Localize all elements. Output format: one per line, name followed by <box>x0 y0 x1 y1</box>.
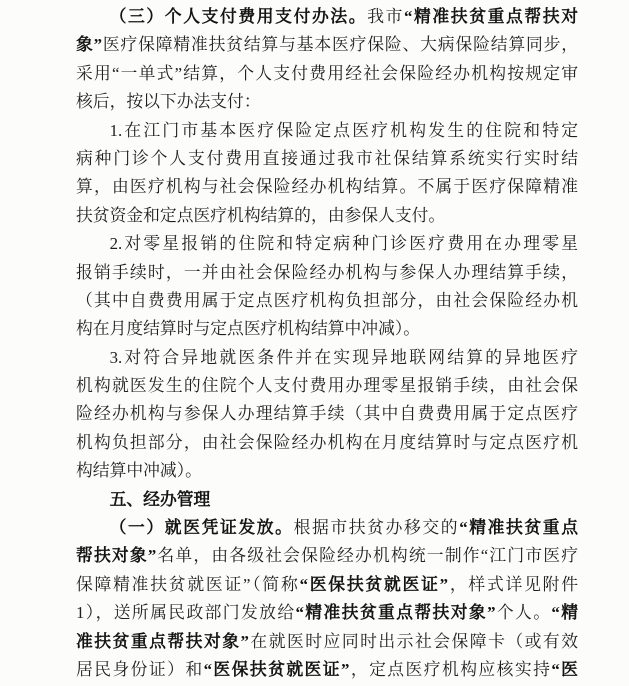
text-line: （其中自费费用属于定点医疗机构负担部分，由社会保险经办机 <box>76 287 578 315</box>
text-run: 在就医时应同时出示社会保障卡（或有效 <box>249 632 578 651</box>
text-line: 象”医疗保障精准扶贫结算与基本医疗保险、大病保险结算同步， <box>76 31 578 59</box>
text-line: 病种门诊个人支付费用直接通过我市社保结算系统实行实时结 <box>76 145 578 173</box>
text-run: 1），送所属民政部门发放给 <box>76 603 296 622</box>
text-run: “精 <box>551 603 578 622</box>
document-body: （三）个人支付费用支付办法。我市“精准扶贫重点帮扶对象”医疗保障精准扶贫结算与基… <box>0 0 629 684</box>
text-run: 算，由医疗机构与社会保险经办机构结算。不属于医疗保障精准 <box>76 177 578 196</box>
text-line: （三）个人支付费用支付办法。我市“精准扶贫重点帮扶对 <box>76 3 578 31</box>
text-run: 五、经办管理 <box>110 490 211 509</box>
text-line: 扶贫资金和定点医疗机构结算的，由参保人支付。 <box>76 202 578 230</box>
text-run: 名单，由各级社会保险经办机构统一制作“江门市医疗 <box>156 546 578 565</box>
text-run: ，定点医疗机构应核实持 <box>349 660 551 679</box>
text-run: 帮扶对象” <box>76 546 156 565</box>
text-run: “医保扶贫就医证” <box>204 660 350 679</box>
text-line: 1），送所属民政部门发放给“精准扶贫重点帮扶对象”个人。“精 <box>76 599 578 627</box>
text-run: （其中自费费用属于定点医疗机构负担部分，由社会保险经办机 <box>76 291 578 310</box>
text-run: 构结算中冲减）。 <box>76 461 202 480</box>
text-line: 帮扶对象”名单，由各级社会保险经办机构统一制作“江门市医疗 <box>76 542 578 570</box>
text-run: 根据市扶贫办移交的 <box>294 518 460 537</box>
text-line: 保障精准扶贫就医证”（简称“医保扶贫就医证”，样式详见附件 <box>76 571 578 599</box>
text-run: 构在月度结算时与定点医疗机构结算中冲减）。 <box>76 319 420 338</box>
text-line: 构在月度结算时与定点医疗机构结算中冲减）。 <box>76 315 578 343</box>
text-line: 险经办机构与参保人办理结算手续（其中自费费用属于定点医疗 <box>76 400 578 428</box>
text-run: 居民身份证）和 <box>76 660 204 679</box>
text-line: 准扶贫重点帮扶对象”在就医时应同时出示社会保障卡（或有效 <box>76 628 578 656</box>
text-line: 3.对符合异地就医条件并在实现异地联网结算的异地医疗 <box>76 344 578 372</box>
text-line: 机构负担部分，由社会保险经办机构在月度结算时与定点医疗机 <box>76 429 578 457</box>
text-line: 五、经办管理 <box>76 486 578 514</box>
text-run: 机构就医发生的住院个人支付费用办理零星报销手续，由社会保 <box>76 376 578 395</box>
text-line: 报销手续时，一并由社会保险经办机构与参保人办理结算手续， <box>76 259 578 287</box>
text-run: “医保扶贫就医证” <box>300 575 448 594</box>
text-run: 3.对符合异地就医条件并在实现异地联网结算的异地医疗 <box>110 348 578 367</box>
text-run: “精准扶贫重点帮扶对 <box>404 7 578 26</box>
text-line: 构结算中冲减）。 <box>76 457 578 485</box>
text-line: 1.在江门市基本医疗保险定点医疗机构发生的住院和特定 <box>76 117 578 145</box>
text-run: 病种门诊个人支付费用直接通过我市社保结算系统实行实时结 <box>76 149 578 168</box>
text-run: 机构负担部分，由社会保险经办机构在月度结算时与定点医疗机 <box>76 433 578 452</box>
text-run: 2.对零星报销的住院和特定病种门诊医疗费用在办理零星 <box>110 234 578 253</box>
text-run: （一）就医凭证发放。 <box>110 518 294 537</box>
text-run: 我市 <box>367 7 404 26</box>
text-run: （三）个人支付费用支付办法。 <box>110 7 368 26</box>
text-run: “精准扶贫重点帮扶对象” <box>296 603 496 622</box>
text-run: “医 <box>551 660 578 679</box>
text-run: 扶贫资金和定点医疗机构结算的，由参保人支付。 <box>76 206 445 225</box>
text-run: 保障精准扶贫就医证”（简称 <box>76 575 300 594</box>
text-line: （一）就医凭证发放。根据市扶贫办移交的“精准扶贫重点 <box>76 514 578 542</box>
text-run: 医疗保障精准扶贫结算与基本医疗保险、大病保险结算同步， <box>102 35 578 54</box>
document-page: （三）个人支付费用支付办法。我市“精准扶贫重点帮扶对象”医疗保障精准扶贫结算与基… <box>0 0 629 686</box>
text-run: 个人。 <box>495 603 551 622</box>
text-run: ，样式详见附件 <box>448 575 578 594</box>
text-run: 准扶贫重点帮扶对象” <box>76 632 249 651</box>
text-run: 报销手续时，一并由社会保险经办机构与参保人办理结算手续， <box>76 263 578 282</box>
text-line: 居民身份证）和“医保扶贫就医证”，定点医疗机构应核实持“医 <box>76 656 578 684</box>
text-line: 算，由医疗机构与社会保险经办机构结算。不属于医疗保障精准 <box>76 173 578 201</box>
text-run: 象” <box>76 35 102 54</box>
text-run: 采用“一单式”结算，个人支付费用经社会保险经办机构按规定审 <box>76 64 578 83</box>
text-line: 采用“一单式”结算，个人支付费用经社会保险经办机构按规定审 <box>76 60 578 88</box>
text-run: 1.在江门市基本医疗保险定点医疗机构发生的住院和特定 <box>110 121 578 140</box>
text-run: 核后，按以下办法支付： <box>76 92 261 111</box>
text-line: 机构就医发生的住院个人支付费用办理零星报销手续，由社会保 <box>76 372 578 400</box>
text-run: “精准扶贫重点 <box>459 518 578 537</box>
text-line: 2.对零星报销的住院和特定病种门诊医疗费用在办理零星 <box>76 230 578 258</box>
text-line: 核后，按以下办法支付： <box>76 88 578 116</box>
text-run: 险经办机构与参保人办理结算手续（其中自费费用属于定点医疗 <box>76 404 578 423</box>
